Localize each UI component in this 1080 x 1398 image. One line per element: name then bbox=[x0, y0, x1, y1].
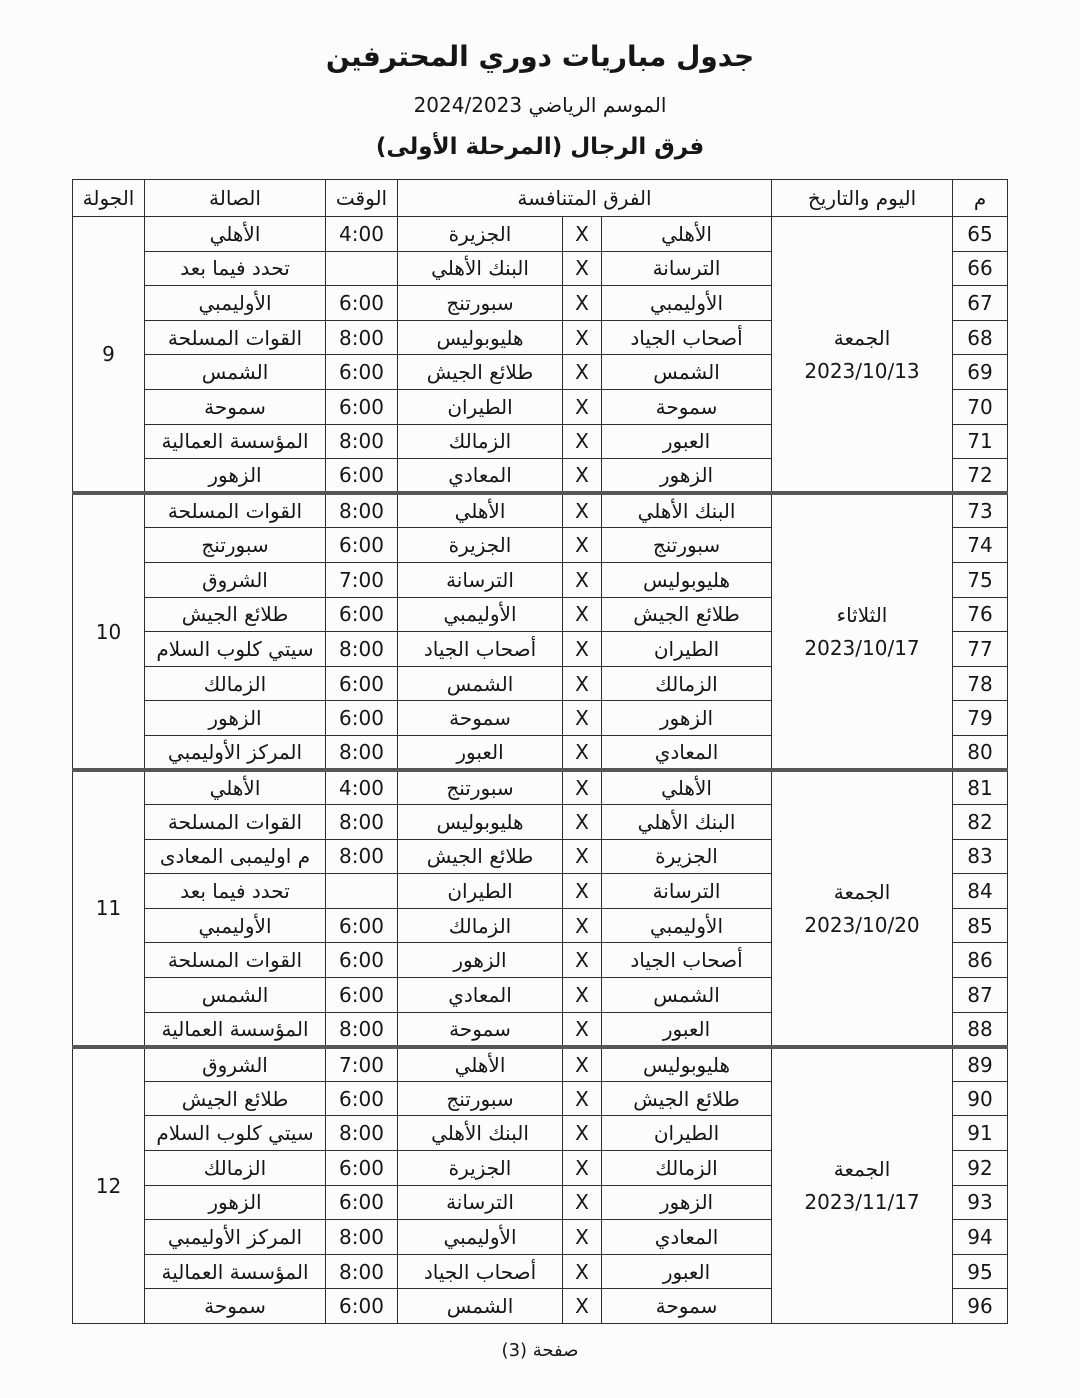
match-hall: تحدد فيما بعد bbox=[145, 251, 326, 286]
header-teams: الفرق المتنافسة bbox=[398, 180, 772, 217]
match-time: 6:00 bbox=[326, 1151, 398, 1186]
day-date-cell: الجمعة2023/11/17 bbox=[772, 1047, 953, 1324]
match-number: 82 bbox=[953, 805, 1008, 840]
match-row: 65الجمعة2023/10/13الأهليXالجزيرة4:00الأه… bbox=[73, 217, 1008, 252]
team-left: طلائع الجيش bbox=[398, 355, 563, 390]
match-hall: الشمس bbox=[145, 355, 326, 390]
match-time bbox=[326, 251, 398, 286]
versus-mark: X bbox=[563, 701, 602, 736]
match-day: الجمعة bbox=[774, 880, 950, 904]
match-hall: الأوليمبي bbox=[145, 908, 326, 943]
page-footer: صفحة (3) bbox=[0, 1340, 1080, 1361]
match-hall: المؤسسة العمالية bbox=[145, 1254, 326, 1289]
team-right: سموحة bbox=[602, 389, 772, 424]
match-number: 69 bbox=[953, 355, 1008, 390]
versus-mark: X bbox=[563, 1220, 602, 1255]
match-time: 6:00 bbox=[326, 908, 398, 943]
team-left: المعادي bbox=[398, 459, 563, 494]
match-row: 89الجمعة2023/11/17هليوبوليسXالأهلي7:00ال… bbox=[73, 1047, 1008, 1082]
versus-mark: X bbox=[563, 978, 602, 1013]
match-number: 77 bbox=[953, 632, 1008, 667]
team-right: الترسانة bbox=[602, 874, 772, 909]
match-number: 68 bbox=[953, 320, 1008, 355]
header-hall: الصالة bbox=[145, 180, 326, 217]
team-left: الجزيرة bbox=[398, 1151, 563, 1186]
match-day: الجمعة bbox=[774, 1157, 950, 1181]
match-day: الجمعة bbox=[774, 326, 950, 350]
team-right: هليوبوليس bbox=[602, 562, 772, 597]
match-hall: القوات المسلحة bbox=[145, 943, 326, 978]
match-number: 86 bbox=[953, 943, 1008, 978]
match-number: 75 bbox=[953, 562, 1008, 597]
team-right: الترسانة bbox=[602, 251, 772, 286]
match-row: 73الثلاثاء2023/10/17البنك الأهليXالأهلي8… bbox=[73, 493, 1008, 528]
match-hall: سيتي كلوب السلام bbox=[145, 632, 326, 667]
team-right: الزمالك bbox=[602, 666, 772, 701]
document-title: جدول مباريات دوري المحترفين bbox=[0, 40, 1080, 73]
match-time: 6:00 bbox=[326, 1081, 398, 1116]
match-hall: المؤسسة العمالية bbox=[145, 424, 326, 459]
match-hall: الأهلي bbox=[145, 770, 326, 805]
match-number: 96 bbox=[953, 1289, 1008, 1324]
match-hall: تحدد فيما بعد bbox=[145, 874, 326, 909]
match-number: 87 bbox=[953, 978, 1008, 1013]
match-time: 7:00 bbox=[326, 562, 398, 597]
versus-mark: X bbox=[563, 770, 602, 805]
versus-mark: X bbox=[563, 1185, 602, 1220]
team-left: أصحاب الجياد bbox=[398, 1254, 563, 1289]
team-right: العبور bbox=[602, 424, 772, 459]
match-time: 8:00 bbox=[326, 1220, 398, 1255]
team-left: الجزيرة bbox=[398, 217, 563, 252]
match-hall: سيتي كلوب السلام bbox=[145, 1116, 326, 1151]
match-hall: الزهور bbox=[145, 701, 326, 736]
match-day: الثلاثاء bbox=[774, 603, 950, 627]
team-left: الترسانة bbox=[398, 1185, 563, 1220]
team-left: الزمالك bbox=[398, 908, 563, 943]
match-number: 70 bbox=[953, 389, 1008, 424]
match-time: 6:00 bbox=[326, 459, 398, 494]
match-hall: القوات المسلحة bbox=[145, 805, 326, 840]
versus-mark: X bbox=[563, 493, 602, 528]
versus-mark: X bbox=[563, 320, 602, 355]
team-left: الشمس bbox=[398, 1289, 563, 1324]
versus-mark: X bbox=[563, 874, 602, 909]
team-left: هليوبوليس bbox=[398, 320, 563, 355]
versus-mark: X bbox=[563, 632, 602, 667]
match-number: 92 bbox=[953, 1151, 1008, 1186]
match-time: 8:00 bbox=[326, 1254, 398, 1289]
match-time: 8:00 bbox=[326, 1012, 398, 1047]
team-left: الأوليمبي bbox=[398, 597, 563, 632]
match-hall: المؤسسة العمالية bbox=[145, 1012, 326, 1047]
versus-mark: X bbox=[563, 1151, 602, 1186]
match-date: 2023/10/13 bbox=[774, 359, 950, 383]
team-right: الزهور bbox=[602, 1185, 772, 1220]
team-left: الأهلي bbox=[398, 1047, 563, 1082]
match-hall: الزمالك bbox=[145, 1151, 326, 1186]
match-time: 4:00 bbox=[326, 770, 398, 805]
match-time: 6:00 bbox=[326, 1185, 398, 1220]
match-time: 7:00 bbox=[326, 1047, 398, 1082]
team-right: أصحاب الجياد bbox=[602, 320, 772, 355]
team-right: الأهلي bbox=[602, 217, 772, 252]
team-right: الأوليمبي bbox=[602, 286, 772, 321]
match-hall: الشمس bbox=[145, 978, 326, 1013]
match-row: 81الجمعة2023/10/20الأهليXسبورتنج4:00الأه… bbox=[73, 770, 1008, 805]
versus-mark: X bbox=[563, 424, 602, 459]
team-left: هليوبوليس bbox=[398, 805, 563, 840]
match-time: 6:00 bbox=[326, 666, 398, 701]
versus-mark: X bbox=[563, 1254, 602, 1289]
team-right: العبور bbox=[602, 1254, 772, 1289]
match-time: 6:00 bbox=[326, 943, 398, 978]
match-time: 4:00 bbox=[326, 217, 398, 252]
team-left: سبورتنج bbox=[398, 770, 563, 805]
match-number: 76 bbox=[953, 597, 1008, 632]
versus-mark: X bbox=[563, 839, 602, 874]
match-hall: طلائع الجيش bbox=[145, 597, 326, 632]
match-time: 6:00 bbox=[326, 1289, 398, 1324]
match-number: 83 bbox=[953, 839, 1008, 874]
team-left: الزمالك bbox=[398, 424, 563, 459]
team-left: الأوليمبي bbox=[398, 1220, 563, 1255]
versus-mark: X bbox=[563, 1289, 602, 1324]
team-left: سبورتنج bbox=[398, 1081, 563, 1116]
match-date: 2023/11/17 bbox=[774, 1190, 950, 1214]
team-left: أصحاب الجياد bbox=[398, 632, 563, 667]
round-number: 12 bbox=[73, 1047, 145, 1324]
day-date-cell: الثلاثاء2023/10/17 bbox=[772, 493, 953, 770]
versus-mark: X bbox=[563, 286, 602, 321]
team-right: الجزيرة bbox=[602, 839, 772, 874]
header-day-date: اليوم والتاريخ bbox=[772, 180, 953, 217]
match-number: 84 bbox=[953, 874, 1008, 909]
match-time: 6:00 bbox=[326, 528, 398, 563]
match-number: 91 bbox=[953, 1116, 1008, 1151]
match-hall: المركز الأوليمبي bbox=[145, 735, 326, 770]
match-number: 81 bbox=[953, 770, 1008, 805]
match-number: 74 bbox=[953, 528, 1008, 563]
versus-mark: X bbox=[563, 389, 602, 424]
versus-mark: X bbox=[563, 1116, 602, 1151]
team-left: الأهلي bbox=[398, 493, 563, 528]
team-right: هليوبوليس bbox=[602, 1047, 772, 1082]
team-left: الطيران bbox=[398, 389, 563, 424]
match-number: 80 bbox=[953, 735, 1008, 770]
team-right: الطيران bbox=[602, 632, 772, 667]
season-line: الموسم الرياضي 2024/2023 bbox=[0, 93, 1080, 117]
match-time: 8:00 bbox=[326, 320, 398, 355]
versus-mark: X bbox=[563, 1081, 602, 1116]
versus-mark: X bbox=[563, 735, 602, 770]
team-right: البنك الأهلي bbox=[602, 805, 772, 840]
match-number: 79 bbox=[953, 701, 1008, 736]
match-hall: المركز الأوليمبي bbox=[145, 1220, 326, 1255]
team-right: طلائع الجيش bbox=[602, 1081, 772, 1116]
team-right: الزمالك bbox=[602, 1151, 772, 1186]
team-right: سموحة bbox=[602, 1289, 772, 1324]
match-hall: سموحة bbox=[145, 1289, 326, 1324]
document-page: جدول مباريات دوري المحترفين الموسم الريا… bbox=[0, 0, 1080, 1398]
match-time: 8:00 bbox=[326, 424, 398, 459]
match-time: 8:00 bbox=[326, 1116, 398, 1151]
match-date: 2023/10/17 bbox=[774, 636, 950, 660]
team-left: الشمس bbox=[398, 666, 563, 701]
round-number: 9 bbox=[73, 217, 145, 494]
match-number: 94 bbox=[953, 1220, 1008, 1255]
match-time: 6:00 bbox=[326, 286, 398, 321]
match-time: 6:00 bbox=[326, 389, 398, 424]
match-number: 78 bbox=[953, 666, 1008, 701]
round-number: 11 bbox=[73, 770, 145, 1047]
team-left: المعادي bbox=[398, 978, 563, 1013]
match-hall: الشروق bbox=[145, 562, 326, 597]
match-hall: الزمالك bbox=[145, 666, 326, 701]
match-time: 8:00 bbox=[326, 805, 398, 840]
team-right: سبورتنج bbox=[602, 528, 772, 563]
team-right: المعادي bbox=[602, 1220, 772, 1255]
versus-mark: X bbox=[563, 666, 602, 701]
match-hall: طلائع الجيش bbox=[145, 1081, 326, 1116]
versus-mark: X bbox=[563, 217, 602, 252]
team-left: الترسانة bbox=[398, 562, 563, 597]
match-hall: القوات المسلحة bbox=[145, 493, 326, 528]
match-time: 8:00 bbox=[326, 839, 398, 874]
team-right: الشمس bbox=[602, 355, 772, 390]
team-right: طلائع الجيش bbox=[602, 597, 772, 632]
match-number: 95 bbox=[953, 1254, 1008, 1289]
day-date-cell: الجمعة2023/10/13 bbox=[772, 217, 953, 494]
match-number: 88 bbox=[953, 1012, 1008, 1047]
match-number: 89 bbox=[953, 1047, 1008, 1082]
match-hall: م اوليمبى المعادى bbox=[145, 839, 326, 874]
stage-line: فرق الرجال (المرحلة الأولى) bbox=[0, 134, 1080, 160]
team-right: الأهلي bbox=[602, 770, 772, 805]
match-time: 8:00 bbox=[326, 632, 398, 667]
match-number: 73 bbox=[953, 493, 1008, 528]
team-left: العبور bbox=[398, 735, 563, 770]
team-right: العبور bbox=[602, 1012, 772, 1047]
versus-mark: X bbox=[563, 1012, 602, 1047]
team-left: سموحة bbox=[398, 1012, 563, 1047]
header-time: الوقت bbox=[326, 180, 398, 217]
day-date-cell: الجمعة2023/10/20 bbox=[772, 770, 953, 1047]
match-number: 85 bbox=[953, 908, 1008, 943]
team-left: البنك الأهلي bbox=[398, 251, 563, 286]
team-right: المعادي bbox=[602, 735, 772, 770]
round-number: 10 bbox=[73, 493, 145, 770]
versus-mark: X bbox=[563, 459, 602, 494]
team-left: سموحة bbox=[398, 701, 563, 736]
team-left: البنك الأهلي bbox=[398, 1116, 563, 1151]
team-left: الطيران bbox=[398, 874, 563, 909]
match-number: 66 bbox=[953, 251, 1008, 286]
team-right: الأوليمبي bbox=[602, 908, 772, 943]
match-time: 6:00 bbox=[326, 701, 398, 736]
match-hall: الأهلي bbox=[145, 217, 326, 252]
versus-mark: X bbox=[563, 943, 602, 978]
team-right: الطيران bbox=[602, 1116, 772, 1151]
match-number: 90 bbox=[953, 1081, 1008, 1116]
header-num: م bbox=[953, 180, 1008, 217]
team-left: الجزيرة bbox=[398, 528, 563, 563]
table-header-row: م اليوم والتاريخ الفرق المتنافسة الوقت ا… bbox=[73, 180, 1008, 217]
versus-mark: X bbox=[563, 1047, 602, 1082]
match-hall: الزهور bbox=[145, 459, 326, 494]
versus-mark: X bbox=[563, 355, 602, 390]
versus-mark: X bbox=[563, 597, 602, 632]
match-hall: الزهور bbox=[145, 1185, 326, 1220]
match-hall: القوات المسلحة bbox=[145, 320, 326, 355]
match-date: 2023/10/20 bbox=[774, 913, 950, 937]
match-number: 93 bbox=[953, 1185, 1008, 1220]
match-number: 65 bbox=[953, 217, 1008, 252]
match-time: 6:00 bbox=[326, 978, 398, 1013]
match-schedule-table: م اليوم والتاريخ الفرق المتنافسة الوقت ا… bbox=[72, 179, 1008, 1324]
match-time bbox=[326, 874, 398, 909]
team-right: الشمس bbox=[602, 978, 772, 1013]
match-time: 6:00 bbox=[326, 355, 398, 390]
match-number: 71 bbox=[953, 424, 1008, 459]
header-round: الجولة bbox=[73, 180, 145, 217]
team-left: الزهور bbox=[398, 943, 563, 978]
versus-mark: X bbox=[563, 528, 602, 563]
team-right: الزهور bbox=[602, 459, 772, 494]
versus-mark: X bbox=[563, 805, 602, 840]
match-number: 72 bbox=[953, 459, 1008, 494]
team-right: أصحاب الجياد bbox=[602, 943, 772, 978]
team-left: سبورتنج bbox=[398, 286, 563, 321]
versus-mark: X bbox=[563, 562, 602, 597]
match-number: 67 bbox=[953, 286, 1008, 321]
match-hall: سبورتنج bbox=[145, 528, 326, 563]
team-right: البنك الأهلي bbox=[602, 493, 772, 528]
team-left: طلائع الجيش bbox=[398, 839, 563, 874]
match-hall: سموحة bbox=[145, 389, 326, 424]
versus-mark: X bbox=[563, 251, 602, 286]
versus-mark: X bbox=[563, 908, 602, 943]
match-hall: الأوليمبي bbox=[145, 286, 326, 321]
team-right: الزهور bbox=[602, 701, 772, 736]
match-hall: الشروق bbox=[145, 1047, 326, 1082]
match-time: 8:00 bbox=[326, 735, 398, 770]
match-time: 6:00 bbox=[326, 597, 398, 632]
match-time: 8:00 bbox=[326, 493, 398, 528]
